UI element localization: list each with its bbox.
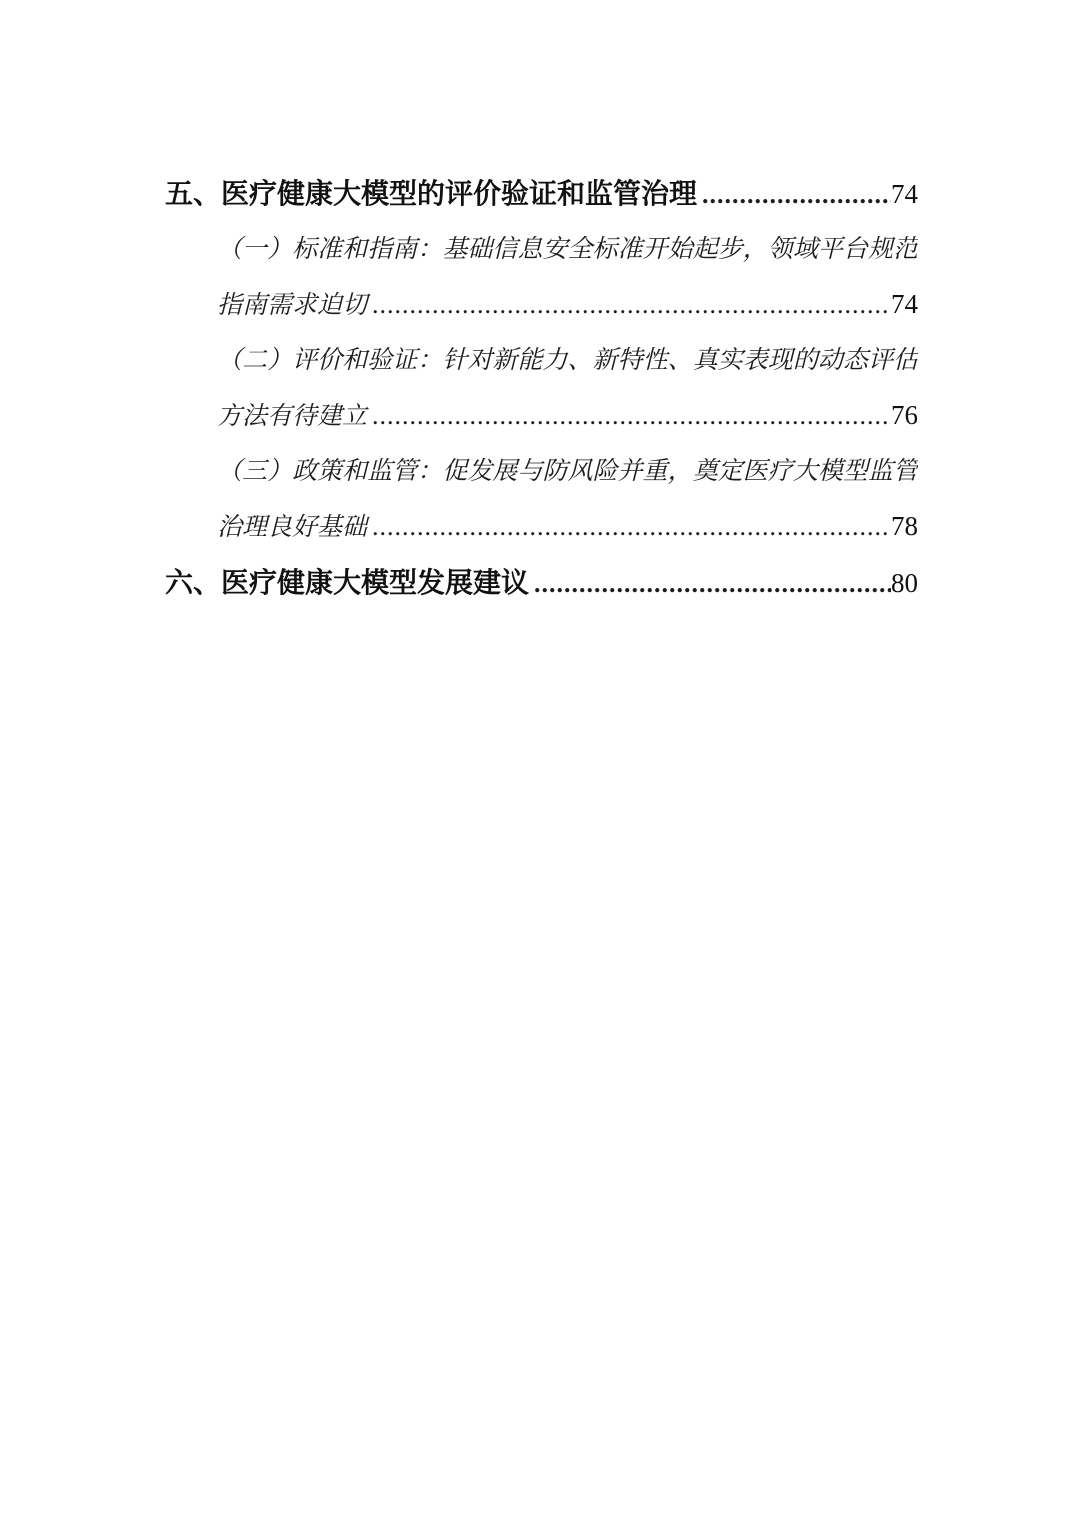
toc-entry-title-line1: （二）评价和验证：针对新能力、新特性、真实表现的动态评估: [217, 333, 918, 388]
toc-entry-level1: 六、医疗健康大模型发展建议 ..........................…: [165, 555, 918, 611]
dot-leader: ........................................…: [697, 167, 891, 222]
toc-entry-title-line2: 治理良好基础 .................................…: [217, 499, 918, 555]
dot-leader: ........................................…: [529, 556, 891, 611]
toc-entry-level1: 五、医疗健康大模型的评价验证和监管治理 ....................…: [165, 166, 918, 222]
dot-leader: ........................................…: [367, 277, 891, 332]
toc-entry-title-line1: （一）标准和指南：基础信息安全标准开始起步，领域平台规范: [217, 222, 918, 277]
toc-page-number: 74: [891, 277, 918, 332]
toc-page-number: 76: [891, 388, 918, 443]
toc-entry-level2: （三）政策和监管：促发展与防风险并重，奠定医疗大模型监管 治理良好基础 ....…: [165, 444, 918, 555]
toc-entry-title: 五、医疗健康大模型的评价验证和监管治理: [165, 166, 697, 221]
toc-entry-title-continuation: 方法有待建立: [217, 389, 367, 444]
toc-entry-title-line1: （三）政策和监管：促发展与防风险并重，奠定医疗大模型监管: [217, 444, 918, 499]
table-of-contents: 五、医疗健康大模型的评价验证和监管治理 ....................…: [165, 166, 918, 611]
dot-leader: ........................................…: [367, 388, 891, 443]
document-page: 五、医疗健康大模型的评价验证和监管治理 ....................…: [0, 0, 1080, 1528]
toc-entry-title: 六、医疗健康大模型发展建议: [165, 555, 529, 610]
toc-entry-title-continuation: 治理良好基础: [217, 500, 367, 555]
toc-entry-title-continuation: 指南需求迫切: [217, 278, 367, 333]
toc-entry-level2: （一）标准和指南：基础信息安全标准开始起步，领域平台规范 指南需求迫切 ....…: [165, 222, 918, 333]
toc-page-number: 78: [891, 499, 918, 554]
dot-leader: ........................................…: [367, 499, 891, 554]
toc-page-number: 80: [891, 556, 918, 611]
toc-page-number: 74: [891, 167, 918, 222]
toc-entry-title-line2: 方法有待建立 .................................…: [217, 388, 918, 444]
toc-entry-level2: （二）评价和验证：针对新能力、新特性、真实表现的动态评估 方法有待建立 ....…: [165, 333, 918, 444]
toc-entry-title-line2: 指南需求迫切 .................................…: [217, 277, 918, 333]
